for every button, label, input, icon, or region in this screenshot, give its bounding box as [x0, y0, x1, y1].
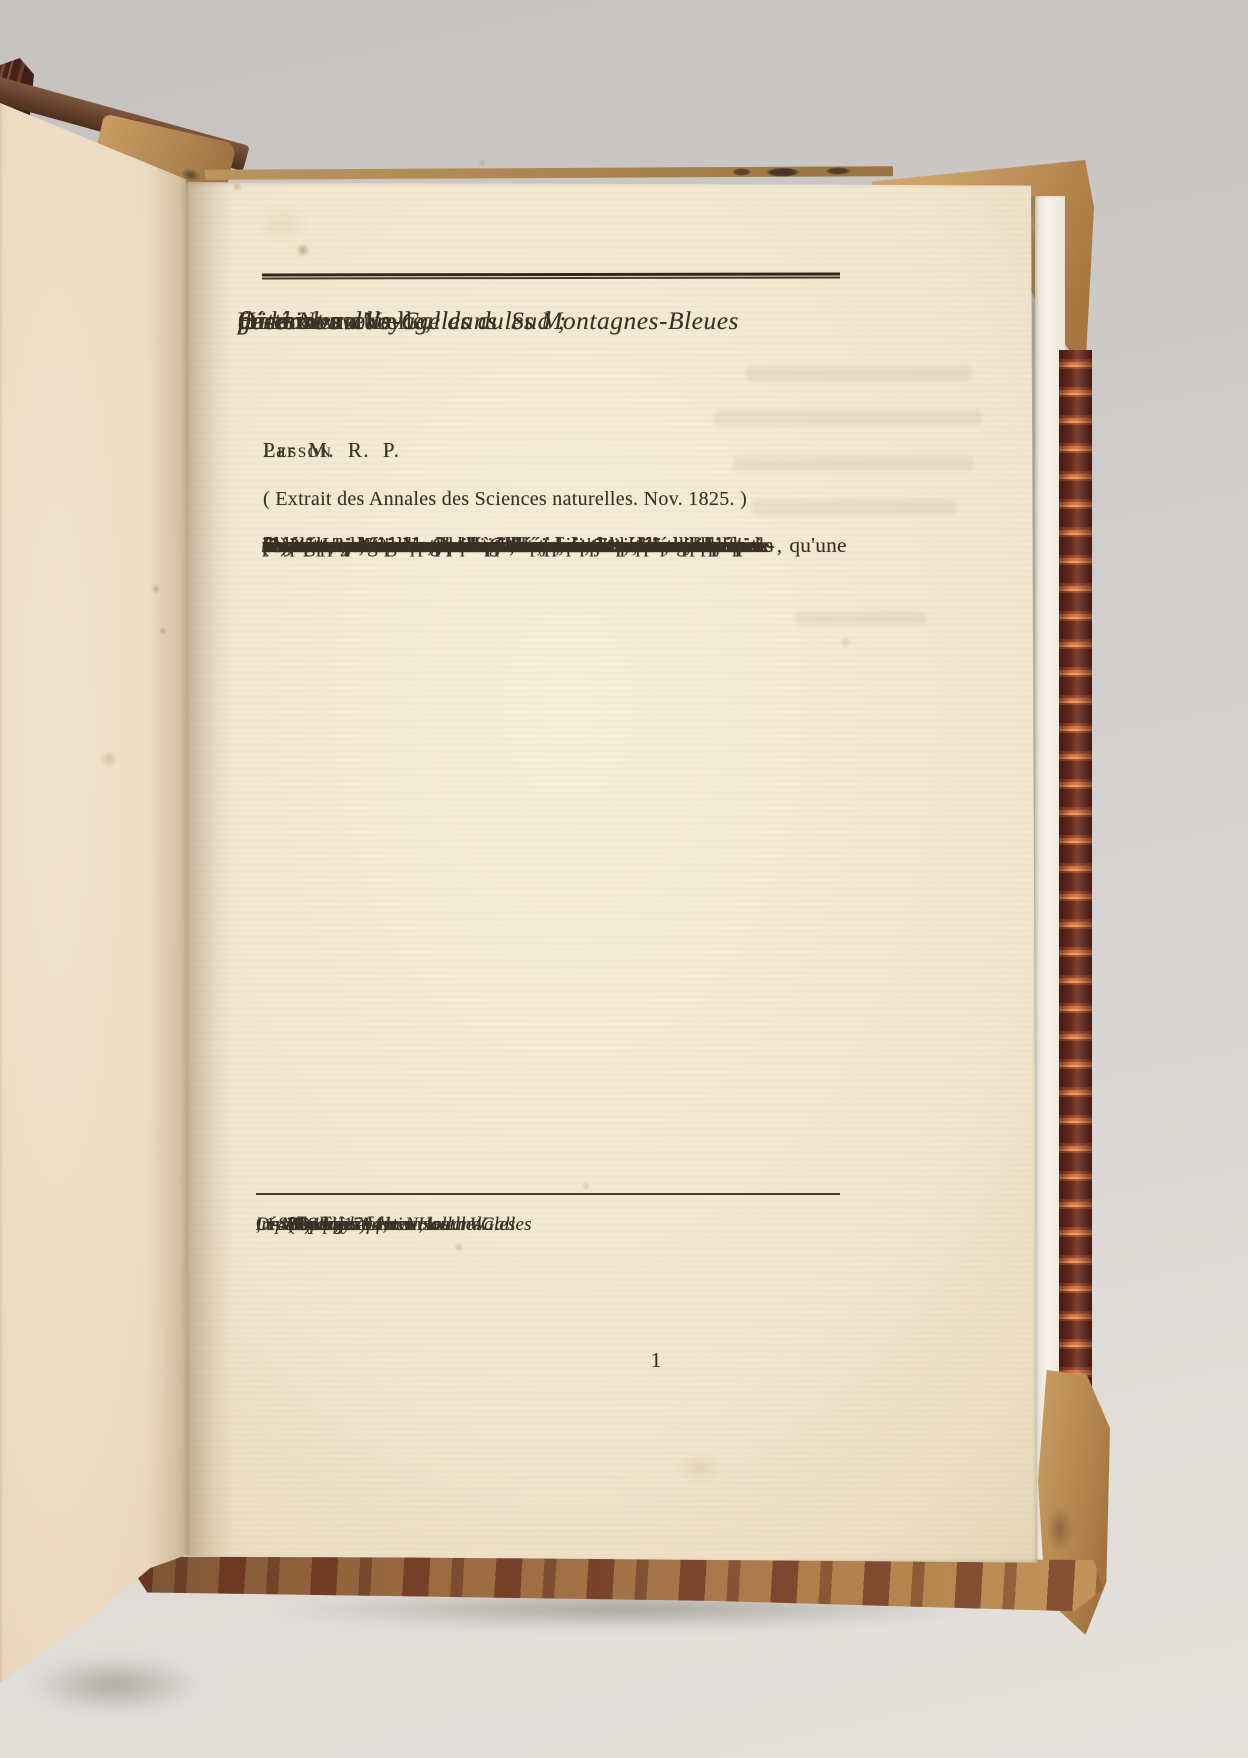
head-rule: [262, 272, 840, 279]
text-segment: ( Extrait des Annales des Sciences natur…: [263, 488, 747, 511]
text-segment: in-4°.: [256, 1211, 300, 1239]
book-photo-scene: Observations générales d'Histoire nature…: [0, 0, 1248, 1758]
right-page: Observations générales d'Histoire nature…: [186, 180, 1037, 1564]
book-shadow-left: [0, 1650, 230, 1720]
text-segment: Lesson: [263, 438, 332, 463]
text-segment: dans son intérieur. On doit beaucoup esp…: [262, 531, 750, 560]
gutter-shadow: [186, 180, 234, 1564]
marbled-board-fore-edge: [1059, 350, 1092, 1415]
left-page-blank: [0, 0, 190, 1758]
signature-mark: 1: [626, 1348, 686, 1373]
page-content: Observations générales d'Histoire nature…: [186, 180, 1037, 1564]
text-segment: de la Nouvelle-Galles du Sud ;: [265, 301, 567, 341]
footnote-rule: [256, 1193, 840, 1195]
text-segment: .: [263, 438, 270, 463]
